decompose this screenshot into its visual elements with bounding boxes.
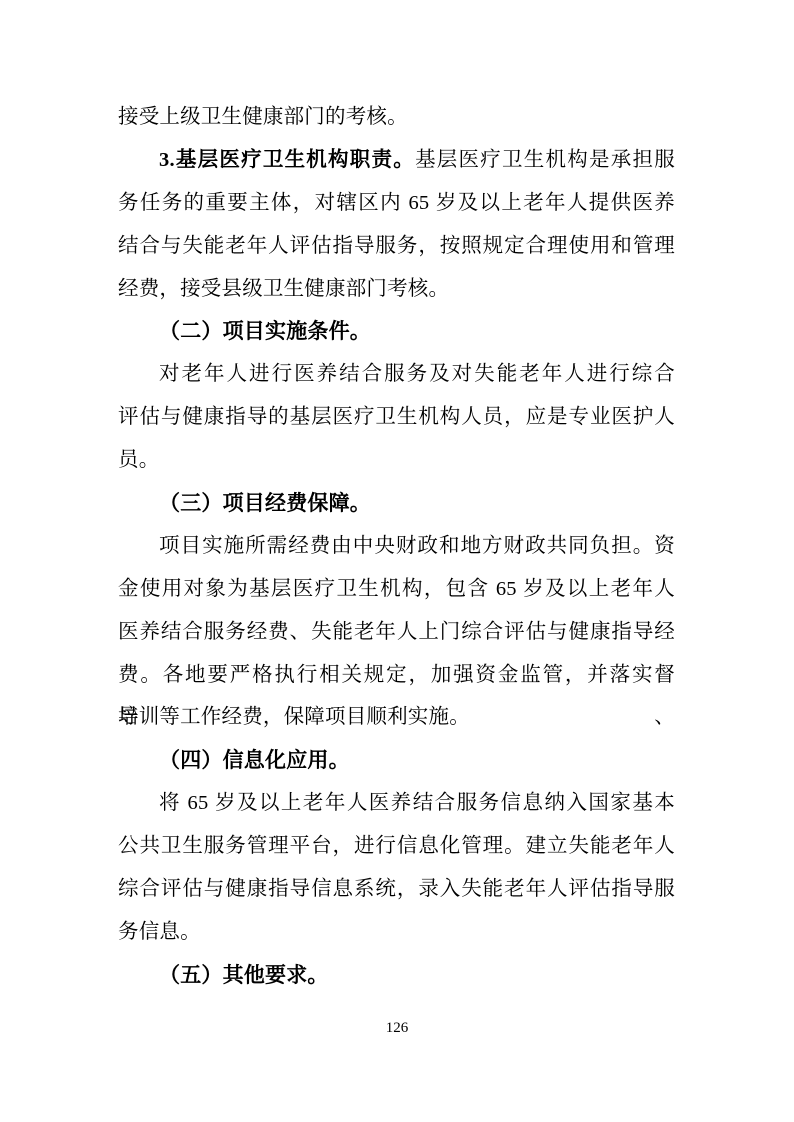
text-line: 接受上级卫生健康部门的考核。: [118, 96, 675, 139]
text-line: 3.基层医疗卫生机构职责。基层医疗卫生机构是承担服: [118, 139, 675, 182]
text-line: 项目实施所需经费由中央财政和地方财政共同负担。资: [118, 525, 675, 568]
section-heading: （三）项目经费保障。: [118, 482, 675, 525]
bold-lead: 3.基层医疗卫生机构职责。: [159, 149, 415, 171]
text-line: 将 65 岁及以上老年人医养结合服务信息纳入国家基本: [118, 782, 675, 825]
text-line: 费。各地要严格执行相关规定，加强资金监管，并落实督导、: [118, 654, 675, 697]
text-line: 评估与健康指导的基层医疗卫生机构人员，应是专业医护人: [118, 396, 675, 439]
text-line: 务任务的重要主体，对辖区内 65 岁及以上老年人提供医养: [118, 182, 675, 225]
text-line: 对老年人进行医养结合服务及对失能老年人进行综合: [118, 353, 675, 396]
text-block: 接受上级卫生健康部门的考核。3.基层医疗卫生机构职责。基层医疗卫生机构是承担服务…: [118, 96, 675, 997]
text-line: 结合与失能老年人评估指导服务，按照规定合理使用和管理: [118, 225, 675, 268]
section-heading: （四）信息化应用。: [118, 739, 675, 782]
text-line: 务信息。: [118, 911, 675, 954]
document-page: 接受上级卫生健康部门的考核。3.基层医疗卫生机构职责。基层医疗卫生机构是承担服务…: [0, 0, 794, 1122]
section-heading: （二）项目实施条件。: [118, 310, 675, 353]
text-line: 医养结合服务经费、失能老年人上门综合评估与健康指导经: [118, 611, 675, 654]
section-heading: （五）其他要求。: [118, 954, 675, 997]
text-line: 员。: [118, 439, 675, 482]
page-number: 126: [0, 1020, 794, 1037]
text-line: 综合评估与健康指导信息系统，录入失能老年人评估指导服: [118, 868, 675, 911]
text-line: 公共卫生服务管理平台，进行信息化管理。建立失能老年人: [118, 825, 675, 868]
text-line: 经费，接受县级卫生健康部门考核。: [118, 268, 675, 311]
text-line: 金使用对象为基层医疗卫生机构，包含 65 岁及以上老年人: [118, 568, 675, 611]
